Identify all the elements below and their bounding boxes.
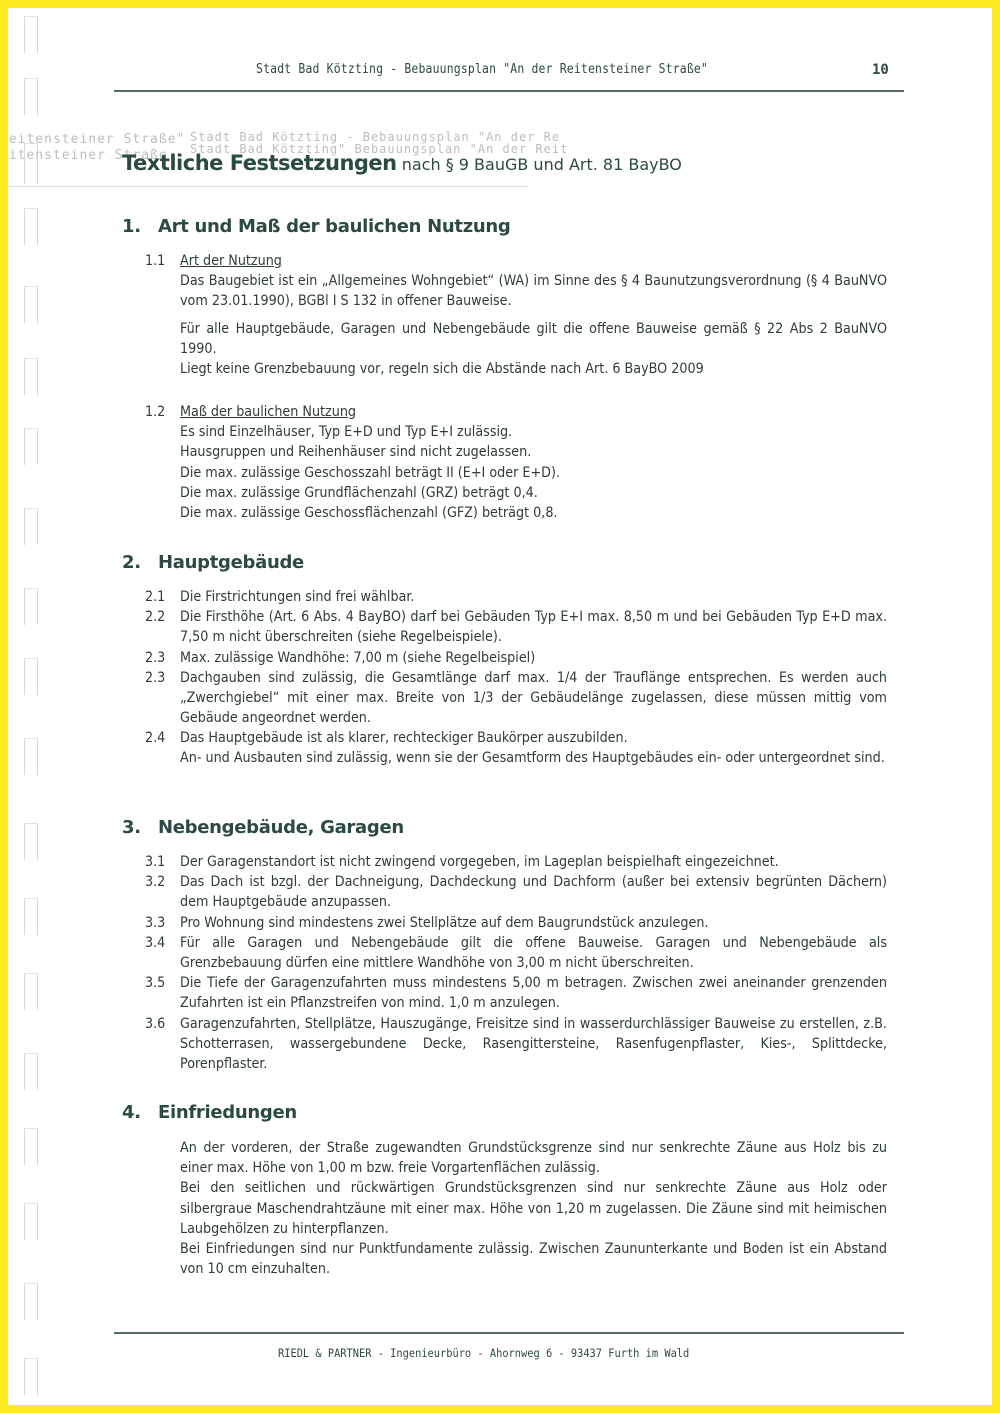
binder-hole [24,658,38,695]
item-3-4: 3.4 Für alle Garagen und Nebengebäude gi… [145,933,887,973]
item-subtitle: Maß der baulichen Nutzung [180,402,887,422]
item-2-2: 2.2 Die Firsthöhe (Art. 6 Abs. 4 BayBO) … [145,607,887,647]
footer-text: RIEDL & PARTNER - Ingenieurbüro - Ahornw… [278,1346,689,1360]
item-3-6: 3.6 Garagenzufahrten, Stellplätze, Hausz… [145,1014,887,1075]
binder-hole [24,1203,38,1240]
paragraph: Bei den seitlichen und rückwärtigen Grun… [180,1178,887,1239]
item-2-1: 2.1 Die Firstrichtungen sind frei wählba… [145,587,887,607]
paragraph: Die Firsthöhe (Art. 6 Abs. 4 BayBO) darf… [180,607,887,647]
binder-hole [24,286,38,323]
binder-hole [24,428,38,465]
item-3-5: 3.5 Die Tiefe der Garagenzufahrten muss … [145,973,887,1013]
paragraph: Dachgauben sind zulässig, die Gesamtläng… [180,668,887,729]
item-1-1: 1.1 Art der Nutzung Das Baugebiet ist ei… [145,251,887,379]
section-heading-1: 1.Art und Maß der baulichen Nutzung [122,216,511,237]
item-2-4: 2.4 Das Hauptgebäude ist als klarer, rec… [145,728,887,768]
binder-hole [24,1053,38,1090]
paragraph: Es sind Einzelhäuser, Typ E+D und Typ E+… [180,422,887,442]
item-4-body: An der vorderen, der Straße zugewandten … [145,1138,887,1279]
paragraph: Bei Einfriedungen sind nur Punktfundamen… [180,1239,887,1279]
paragraph: Garagenzufahrten, Stellplätze, Hauszugän… [180,1014,887,1075]
paragraph: Die max. zulässige Grundflächenzahl (GRZ… [180,483,887,503]
binder-hole [24,78,38,115]
binder-hole [24,208,38,245]
binder-hole [24,1358,38,1395]
paragraph: Das Hauptgebäude ist als klarer, rechtec… [180,728,887,748]
title-legal-basis: nach § 9 BauGB und Art. 81 BayBO [402,155,682,174]
paragraph: Das Baugebiet ist ein „Allgemeines Wohng… [180,271,887,311]
running-header-title: Stadt Bad Kötzting - Bebauungsplan "An d… [256,62,708,77]
binder-hole [24,898,38,935]
section-heading-3: 3.Nebengebäude, Garagen [122,817,404,838]
item-3-3: 3.3 Pro Wohnung sind mindestens zwei Ste… [145,913,887,933]
paragraph: Liegt keine Grenzbebauung vor, regeln si… [180,359,887,379]
paragraph: An- und Ausbauten sind zulässig, wenn si… [180,748,887,768]
item-2-3: 2.3 Max. zulässige Wandhöhe: 7,00 m (sie… [145,648,887,668]
document-title: Textliche Festsetzungen nach § 9 BauGB u… [122,151,682,175]
ghost-rule [8,186,528,187]
binder-hole [24,1128,38,1165]
paragraph: Max. zulässige Wandhöhe: 7,00 m (siehe R… [180,648,887,668]
binder-hole [24,508,38,545]
item-subtitle: Art der Nutzung [180,251,887,271]
document-page: Reitensteiner Straße" eitensteiner Straß… [8,8,992,1405]
paragraph: Die Firstrichtungen sind frei wählbar. [180,587,887,607]
paragraph: Für alle Hauptgebäude, Garagen und Neben… [180,319,887,359]
item-3-2: 3.2 Das Dach ist bzgl. der Dachneigung, … [145,872,887,912]
paragraph: Die max. zulässige Geschossflächenzahl (… [180,503,887,523]
item-1-2: 1.2 Maß der baulichen Nutzung Es sind Ei… [145,402,887,523]
item-3-1: 3.1 Der Garagenstandort ist nicht zwinge… [145,852,887,872]
item-2-3b: 2.3 Dachgauben sind zulässig, die Gesamt… [145,668,887,729]
paragraph: Die max. zulässige Geschosszahl beträgt … [180,463,887,483]
binder-hole [24,1283,38,1320]
header-rule [114,90,904,92]
binder-hole [24,973,38,1010]
paragraph: Die Tiefe der Garagenzufahrten muss mind… [180,973,887,1013]
section-heading-4: 4.Einfriedungen [122,1102,297,1123]
paragraph: Hausgruppen und Reihenhäuser sind nicht … [180,442,887,462]
binder-hole [24,16,38,53]
paragraph: Der Garagenstandort ist nicht zwingend v… [180,852,887,872]
title-bold: Textliche Festsetzungen [122,151,397,175]
section-heading-2: 2.Hauptgebäude [122,552,304,573]
binder-hole [24,823,38,860]
binder-hole [24,738,38,775]
paragraph: Für alle Garagen und Nebengebäude gilt d… [180,933,887,973]
paragraph: Pro Wohnung sind mindestens zwei Stellpl… [180,913,887,933]
paragraph: An der vorderen, der Straße zugewandten … [180,1138,887,1178]
page-number: 10 [872,62,889,78]
binder-hole [24,358,38,395]
binder-hole [24,588,38,625]
paragraph: Das Dach ist bzgl. der Dachneigung, Dach… [180,872,887,912]
footer-rule [114,1332,904,1334]
ghost-text: Reitensteiner Straße" [8,132,185,147]
